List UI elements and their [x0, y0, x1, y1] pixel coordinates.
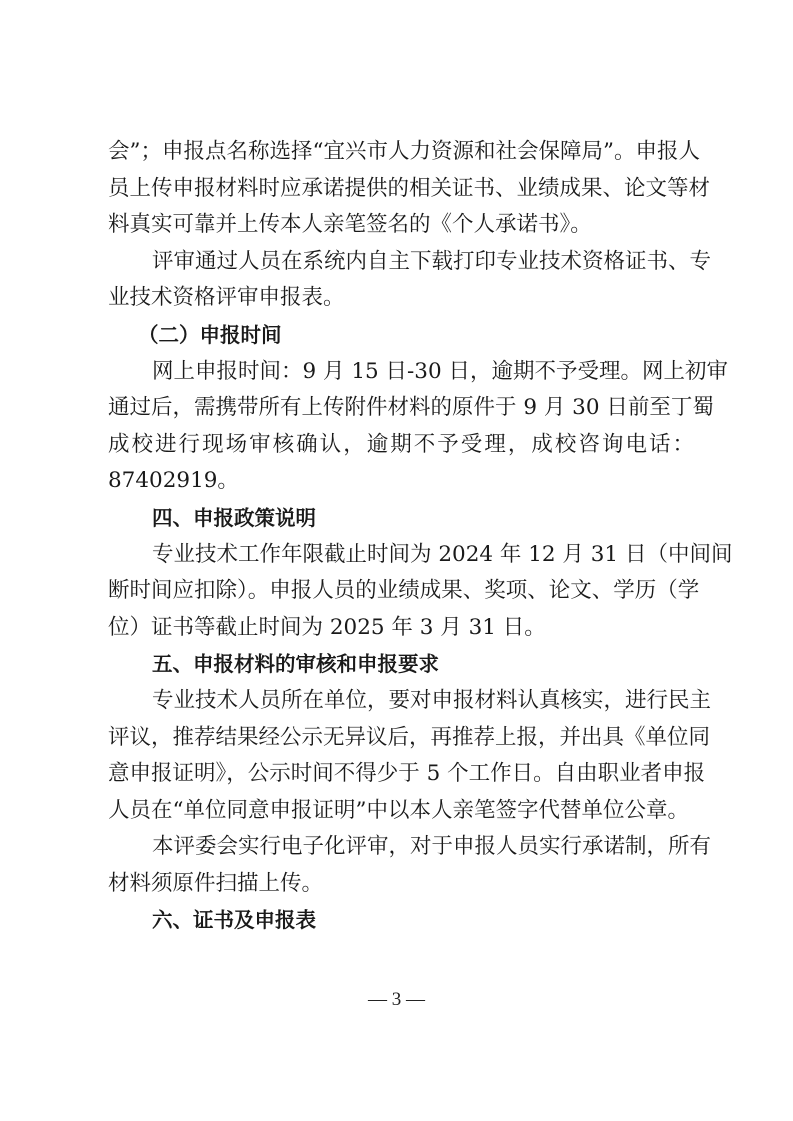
heading-certificates-forms: 六、证书及申报表	[108, 902, 694, 939]
text-line: 人员在“单位同意申报证明”中以本人亲笔签字代替单位公章。	[108, 793, 694, 830]
text-line: 位）证书等截止时间为 2025 年 3 月 31 日。	[108, 610, 694, 647]
text-line: 87402919。	[108, 463, 694, 500]
paragraph-application-point: 会”；申报点名称选择“宜兴市人力资源和社会保障局”。申报人 员上传申报材料时应承…	[108, 134, 694, 244]
text-line: 评议，推荐结果经公示无异议后，再推荐上报，并出具《单位同	[108, 720, 694, 757]
text-line: 业技术资格评审申报表。	[108, 280, 694, 317]
text-line: 专业技术人员所在单位，要对申报材料认真核实，进行民主	[108, 683, 694, 720]
heading-review-requirements: 五、申报材料的审核和申报要求	[108, 646, 694, 683]
page-number: — 3 —	[0, 989, 793, 1011]
text-line: 料真实可靠并上传本人亲笔签名的《个人承诺书》。	[108, 207, 694, 244]
heading-policy-notes: 四、申报政策说明	[108, 500, 694, 537]
text-line: 专业技术工作年限截止时间为 2024 年 12 月 31 日（中间间	[108, 537, 694, 574]
text-line: 意申报证明》，公示时间不得少于 5 个工作日。自由职业者申报	[108, 756, 694, 793]
paragraph-application-time: 网上申报时间：9 月 15 日-30 日，逾期不予受理。网上初审 通过后，需携带…	[108, 354, 694, 500]
text-line: 成校进行现场审核确认，逾期不予受理，成校咨询电话：	[108, 427, 694, 464]
text-line: 通过后，需携带所有上传附件材料的原件于 9 月 30 日前至丁蜀	[108, 390, 694, 427]
text-line: 员上传申报材料时应承诺提供的相关证书、业绩成果、论文等材	[108, 171, 694, 208]
text-line: 材料须原件扫描上传。	[108, 866, 694, 903]
text-line: 评审通过人员在系统内自主下载打印专业技术资格证书、专	[108, 244, 694, 281]
paragraph-policy-notes: 专业技术工作年限截止时间为 2024 年 12 月 31 日（中间间 断时间应扣…	[108, 537, 694, 647]
text-line: 断时间应扣除）。申报人员的业绩成果、奖项、论文、学历（学	[108, 573, 694, 610]
paragraph-review-requirements: 专业技术人员所在单位，要对申报材料认真核实，进行民主 评议，推荐结果经公示无异议…	[108, 683, 694, 829]
subheading-application-time: （二）申报时间	[108, 317, 694, 354]
document-page: 会”；申报点名称选择“宜兴市人力资源和社会保障局”。申报人 员上传申报材料时应承…	[108, 134, 694, 939]
text-line: 网上申报时间：9 月 15 日-30 日，逾期不予受理。网上初审	[108, 354, 694, 391]
paragraph-certificate-download: 评审通过人员在系统内自主下载打印专业技术资格证书、专 业技术资格评审申报表。	[108, 244, 694, 317]
paragraph-electronic-review: 本评委会实行电子化评审，对于申报人员实行承诺制，所有 材料须原件扫描上传。	[108, 829, 694, 902]
text-line: 会”；申报点名称选择“宜兴市人力资源和社会保障局”。申报人	[108, 134, 694, 171]
text-line: 本评委会实行电子化评审，对于申报人员实行承诺制，所有	[108, 829, 694, 866]
